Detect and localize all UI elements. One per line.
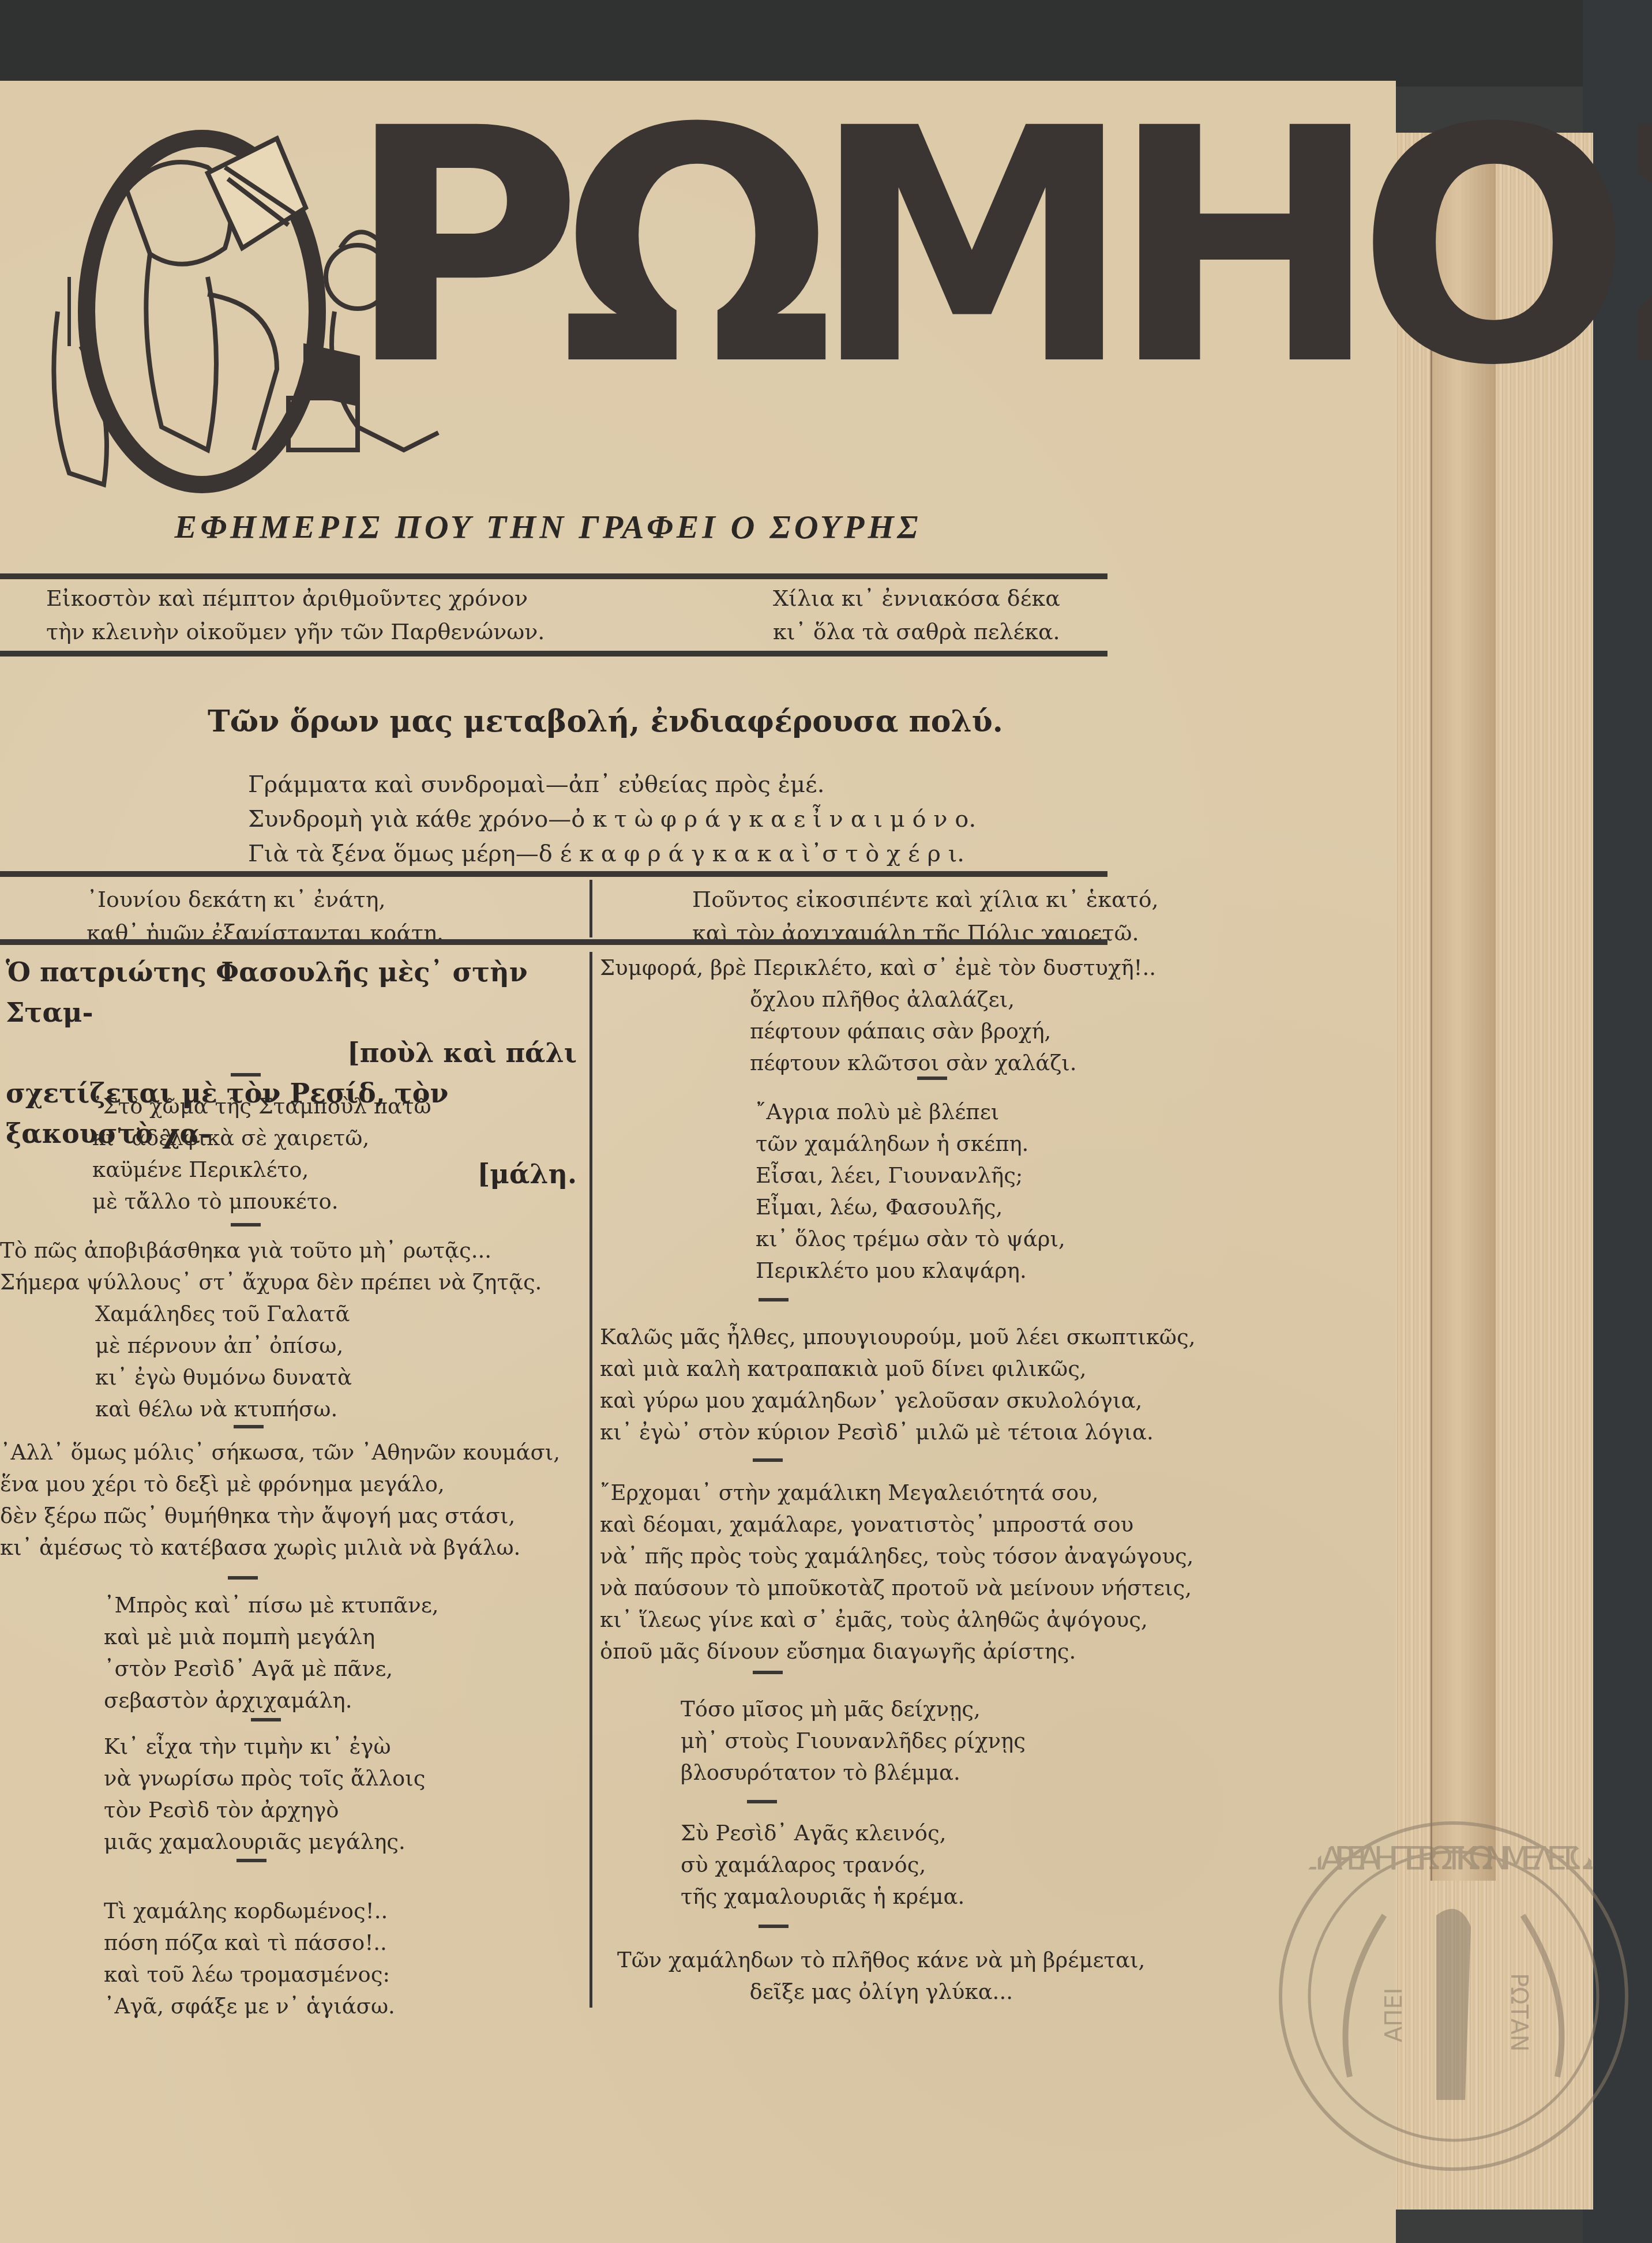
article-title-line: [ποὺλ καὶ πάλι — [6, 1033, 577, 1073]
masthead-title: ΡΩΜΗΟΣ — [346, 87, 1652, 410]
verse-line: καὶ τοῦ λέω τρομασμένος: — [104, 1959, 395, 1990]
masthead: ΡΩΜΗΟΣ — [35, 104, 1015, 496]
stanza-left-2: Τὸ πῶς ἀποβιβάσθηκα γιὰ τοῦτο μὴ᾿ ρωτᾷς.… — [0, 1235, 542, 1425]
stanza-left-6: Τὶ χαμάλης κορδωμένος!.. πόση πόζα καὶ τ… — [104, 1895, 395, 2022]
rule-dateline-bottom — [0, 939, 1107, 945]
verse-line: μὴ᾿ στοὺς Γιουνανλῆδες ρίχνῃς — [681, 1725, 1026, 1757]
stanza-right-3: Καλῶς μᾶς ἦλθες, μπουγιουρούμ, μοῦ λέει … — [600, 1321, 1195, 1448]
verse-line: Σήμερα ψύλλους᾿ στ᾿ ἄχυρα δὲν πρέπει νὰ … — [0, 1266, 542, 1298]
verse-line: κι᾿ ἀμέσως τὸ κατέβασα χωρὶς μιλιὰ νὰ βγ… — [0, 1532, 560, 1563]
verse-line: νὰ παύσουν τὸ μποῦκοτὰζ προτοῦ νὰ μείνου… — [600, 1572, 1193, 1604]
verse-line: Τῶν χαμάληδων τὸ πλῆθος κάνε νὰ μὴ βρέμε… — [617, 1944, 1145, 1976]
verse-line: κι᾿ ἐγὼ θυμόνω δυνατὰ — [0, 1361, 542, 1393]
verse-line: ᾿Μπρὸς καὶ᾿ πίσω μὲ κτυπᾶνε, — [104, 1589, 439, 1621]
verse-line: τῶν χαμάληδων ἡ σκέπη. — [756, 1128, 1065, 1160]
verse-line: κι᾿ ὅλος τρέμω σὰν τὸ ψάρι, — [756, 1223, 1065, 1255]
section-dash — [231, 1073, 261, 1077]
verse-line: Συμφορά, βρὲ Περικλέτο, καὶ σ᾿ ἐμὲ τὸν δ… — [600, 952, 1156, 984]
verse-line: σὺ χαμάλαρος τρανός, — [681, 1849, 964, 1881]
verse-line: Τὸ πῶς ἀποβιβάσθηκα γιὰ τοῦτο μὴ᾿ ρωτᾷς.… — [0, 1235, 542, 1266]
verse-line: τῆς χαμαλουριᾶς ἡ κρέμα. — [681, 1881, 964, 1912]
stanza-right-1: Συμφορά, βρὲ Περικλέτο, καὶ σ᾿ ἐμὲ τὸν δ… — [600, 952, 1156, 1079]
verse-line: ῎Αγρια πολὺ μὲ βλέπει — [756, 1096, 1065, 1128]
notice-title: Τῶν ὅρων μας μεταβολή, ἐνδιαφέρουσα πολύ… — [208, 704, 1003, 739]
verse-line: κι᾿ ἵλεως γίνε καὶ σ᾿ ἐμᾶς, τοὺς ἀληθῶς … — [600, 1604, 1193, 1636]
section-dash — [753, 1458, 783, 1462]
verse-line: πέφτουν φάπαις σὰν βροχή, — [600, 1015, 1156, 1047]
notice-lines: Γράμματα καὶ συνδρομαὶ—ἀπ᾿ εὐθείας πρὸς … — [248, 767, 976, 871]
verse-line: μιᾶς χαμαλουριᾶς μεγάλης. — [104, 1826, 425, 1858]
verse-line: Τόσο μῖσος μὴ μᾶς δείχνῃς, — [681, 1693, 1026, 1725]
verse-line: καὶ μιὰ καλὴ κατραπακιὰ μοῦ δίνει φιλικῶ… — [600, 1353, 1195, 1385]
epigraph-line: Χίλια κι᾿ ἐννιακόσα δέκα — [773, 582, 1060, 615]
notice-line: Γράμματα καὶ συνδρομαὶ—ἀπ᾿ εὐθείας πρὸς … — [248, 767, 976, 802]
section-dash — [251, 1718, 281, 1721]
verse-line: μὲ πέρνουν ἀπ᾿ ὀπίσω, — [0, 1330, 542, 1361]
verse-line: ὄχλου πλῆθος ἀλαλάζει, — [600, 984, 1156, 1015]
dateline-separator — [590, 880, 592, 937]
stanza-left-3: ᾿Αλλ᾿ ὅμως μόλις᾿ σήκωσα, τῶν ᾿Αθηνῶν κο… — [0, 1436, 560, 1563]
verse-line: νὰ᾿ πῆς πρὸς τοὺς χαμάληδες, τοὺς τόσον … — [600, 1540, 1193, 1572]
section-dash — [917, 1077, 947, 1080]
masthead-subtitle: ΕΦΗΜΕΡΙΣ ΠΟΥ ΤΗΝ ΓΡΑΦΕΙ Ο ΣΟΥΡΗΣ — [173, 508, 923, 546]
rule-dateline-top — [0, 871, 1107, 877]
svg-text:ΕΤΑΙΡΕΙΑ ΗΠΕΙΡΩΤΙΚΩΝ ΜΕΛΕΤΩΝ: ΕΤΑΙΡΕΙΑ ΗΠΕΙΡΩΤΙΚΩΝ ΜΕΛΕΤΩΝ — [1298, 1840, 1609, 1877]
stanza-right-6: Σὺ Ρεσὶδ᾿ Αγᾶς κλεινός, σὺ χαμάλαρος τρα… — [681, 1817, 964, 1912]
verse-line: ᾿Στὸ χῶμα τῆς Σταμποὺλ πατῶ — [92, 1090, 431, 1122]
epigraph-line: τὴν κλεινὴν οἰκοῦμεν γῆν τῶν Παρθενώνων. — [46, 615, 545, 648]
verse-line: νὰ γνωρίσω πρὸς τοῖς ἄλλοις — [104, 1762, 425, 1794]
verse-line: Καλῶς μᾶς ἦλθες, μπουγιουρούμ, μοῦ λέει … — [600, 1321, 1195, 1353]
section-dash — [231, 1223, 261, 1226]
svg-text:ΑΠΕΙ: ΑΠΕΙ — [1381, 1987, 1407, 2042]
verse-line: ᾿στὸν Ρεσὶδ᾿ Αγᾶ μὲ πᾶνε, — [104, 1653, 439, 1685]
section-dash — [228, 1576, 258, 1580]
verse-line: Χαμάληδες τοῦ Γαλατᾶ — [0, 1298, 542, 1330]
article-title-line: Ὁ πατριώτης Φασουλῆς μὲς᾿ στὴν Σταμ- — [6, 952, 577, 1033]
epigraph-right: Χίλια κι᾿ ἐννιακόσα δέκα κι᾿ ὅλα τὰ σαθρ… — [773, 582, 1060, 648]
rule-top — [0, 573, 1107, 579]
notice-line: Γιὰ τὰ ξένα ὅμως μέρη—δ έ κ α φ ρ ά γ κ … — [248, 837, 976, 871]
verse-line: Τὶ χαμάλης κορδωμένος!.. — [104, 1895, 395, 1927]
verse-line: ὁποῦ μᾶς δίνουν εὔσημα διαγωγῆς ἀρίστης. — [600, 1636, 1193, 1667]
verse-line: Σὺ Ρεσὶδ᾿ Αγᾶς κλεινός, — [681, 1817, 964, 1849]
verse-line: πόση πόζα καὶ τὶ πάσσο!.. — [104, 1927, 395, 1959]
verse-line: μὲ τἄλλο τὸ μπουκέτο. — [92, 1186, 431, 1217]
rule-epigraph-bottom — [0, 651, 1107, 657]
stanza-left-4: ᾿Μπρὸς καὶ᾿ πίσω μὲ κτυπᾶνε, καὶ μὲ μιὰ … — [104, 1589, 439, 1716]
verse-line: κι᾿ ἀδελφικὰ σὲ χαιρετῶ, — [92, 1122, 431, 1154]
verse-line: δὲν ξέρω πῶς᾿ θυμήθηκα τὴν ἄψογή μας στά… — [0, 1500, 560, 1532]
svg-text:ΡΩΤΑΝ: ΡΩΤΑΝ — [1505, 1973, 1532, 2051]
section-dash — [753, 1671, 783, 1674]
stanza-right-5: Τόσο μῖσος μὴ μᾶς δείχνῃς, μὴ᾿ στοὺς Γιο… — [681, 1693, 1026, 1788]
stanza-right-7: Τῶν χαμάληδων τὸ πλῆθος κάνε νὰ μὴ βρέμε… — [617, 1944, 1145, 2008]
notice-line: Συνδρομὴ γιὰ κάθε χρόνο—ὀ κ τ ὼ φ ρ ά γ … — [248, 802, 976, 837]
verse-line: Εἶμαι, λέω, Φασουλῆς, — [756, 1191, 1065, 1223]
verse-line: κι᾿ ἐγὼ᾿ στὸν κύριον Ρεσὶδ᾿ μιλῶ μὲ τέτο… — [600, 1416, 1195, 1448]
epigraph-left: Εἰκοστὸν καὶ πέμπτον ἀριθμοῦντες χρόνον … — [46, 582, 545, 648]
library-stamp-icon: ΑΠΕΙ ΡΩΤΑΝ ΕΤΑΙΡΕΙΑ ΗΠΕΙΡΩΤΙΚΩΝ ΜΕΛΕΤΩΝ — [1263, 1800, 1644, 2192]
verse-line: καὶ θέλω νὰ κτυπήσω. — [0, 1393, 542, 1425]
verse-line: ᾿Αγᾶ, σφάξε με ν᾿ ἁγιάσω. — [104, 1990, 395, 2022]
verse-line: ᾿Αλλ᾿ ὅμως μόλις᾿ σήκωσα, τῶν ᾿Αθηνῶν κο… — [0, 1436, 560, 1468]
verse-line: καὶ μὲ μιὰ πομπὴ μεγάλη — [104, 1621, 439, 1653]
section-dash — [747, 1800, 777, 1803]
verse-line: σεβαστὸν ἀρχιχαμάλη. — [104, 1685, 439, 1716]
epigraph-line: κι᾿ ὅλα τὰ σαθρὰ πελέκα. — [773, 615, 1060, 648]
verse-line: Εἶσαι, λέει, Γιουνανλῆς; — [756, 1160, 1065, 1191]
verse-line: Περικλέτο μου κλαψάρη. — [756, 1255, 1065, 1286]
dateline-line: Ποῦντος εἰκοσιπέντε καὶ χίλια κι᾿ ἑκατό, — [692, 883, 1159, 916]
stanza-left-5: Κι᾿ εἶχα τὴν τιμὴν κι᾿ ἐγὼ νὰ γνωρίσω πρ… — [104, 1731, 425, 1858]
epigraph-line: Εἰκοστὸν καὶ πέμπτον ἀριθμοῦντες χρόνον — [46, 582, 545, 615]
verse-line: καὶ γύρω μου χαμάληδων᾿ γελοῦσαν σκυλολό… — [600, 1385, 1195, 1416]
section-dash — [759, 1925, 789, 1928]
stanza-left-1: ᾿Στὸ χῶμα τῆς Σταμποὺλ πατῶ κι᾿ ἀδελφικὰ… — [92, 1090, 431, 1217]
column-separator — [590, 952, 592, 2008]
section-dash — [759, 1298, 789, 1301]
verse-line: δεῖξε μας ὀλίγη γλύκα... — [617, 1976, 1145, 2008]
section-dash — [234, 1425, 264, 1428]
verse-line: Κι᾿ εἶχα τὴν τιμὴν κι᾿ ἐγὼ — [104, 1731, 425, 1762]
section-dash — [236, 1859, 266, 1862]
verse-line: τὸν Ρεσὶδ τὸν ἀρχηγὸ — [104, 1794, 425, 1826]
stanza-right-2: ῎Αγρια πολὺ μὲ βλέπει τῶν χαμάληδων ἡ σκ… — [756, 1096, 1065, 1286]
verse-line: καὶ δέομαι, χαμάλαρε, γονατιστὸς᾿ μπροστ… — [600, 1509, 1193, 1540]
verse-line: ἕνα μου χέρι τὸ δεξὶ μὲ φρόνημα μεγάλο, — [0, 1468, 560, 1500]
dateline-line: ᾿Ιουνίου δεκάτη κι᾿ ἐνάτη, — [87, 883, 444, 916]
verse-line: ῎Ερχομαι᾿ στὴν χαμάλικη Μεγαλειότητά σου… — [600, 1477, 1193, 1509]
verse-line: καϋμένε Περικλέτο, — [92, 1154, 431, 1186]
verse-line: πέφτουν κλῶτσοι σὰν χαλάζι. — [600, 1047, 1156, 1079]
verse-line: βλοσυρότατον τὸ βλέμμα. — [681, 1757, 1026, 1788]
stanza-right-4: ῎Ερχομαι᾿ στὴν χαμάλικη Μεγαλειότητά σου… — [600, 1477, 1193, 1667]
